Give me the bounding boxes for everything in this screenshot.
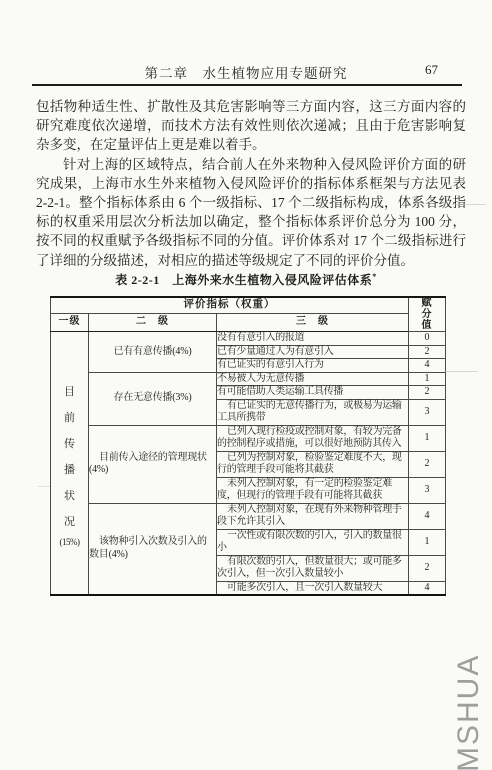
caption-note-mark: * [372, 272, 377, 281]
paragraph-intro: 针对上海的区域特点，结合前人在外来物种入侵风险评价方面的研究成果，上海市水生外来… [36, 155, 466, 270]
table-caption-text: 表 2-2-1 上海外来水生植物入侵风险评估体系 [115, 273, 372, 287]
level1-vertical-label: 目前传播状况(15%) [51, 379, 88, 548]
level2-cell: 已有有意传播(4%) [89, 332, 217, 373]
score-cell: 1 [409, 529, 446, 555]
score-cell: 3 [409, 399, 446, 425]
watermark-text: MSHUA [452, 654, 486, 770]
table-row: 目前传入途径的管理现状(4%)已列入现行检疫或控制对象，有较为完备的控制程序或措… [51, 425, 446, 451]
score-cell: 4 [409, 359, 446, 373]
score-cell: 4 [409, 581, 446, 595]
level3-cell: 已列入现行检疫或控制对象，有较为完备的控制程序或措施，可以很好地预防其传入 [217, 425, 409, 451]
header-score: 赋分值 [409, 297, 446, 332]
level3-cell: 有已证实的有意引入行为 [217, 359, 409, 373]
scan-artifact [38, 486, 50, 487]
score-cell: 3 [409, 477, 446, 503]
level2-cell: 存在无意传播(3%) [89, 372, 217, 425]
paragraph-continuation: 包括物种适生性、扩散性及其危害影响等三方面内容，这三方面内容的研究难度依次递增，… [36, 97, 466, 155]
level1-cell: 目前传播状况(15%) [51, 332, 89, 596]
scan-artifact [445, 371, 478, 372]
header-indicators: 评价指标（权重） [51, 297, 409, 314]
level2-cell: 该物种引入次数及引入的数目(4%) [89, 503, 217, 595]
table-caption: 表 2-2-1 上海外来水生植物入侵风险评估体系* [0, 271, 492, 288]
level3-cell: 有已证实的无意传播行为，或极易为运输工具所携带 [217, 399, 409, 425]
level3-cell: 未列入控制对象，在现有外来物种管理手段下允许其引入 [217, 503, 409, 529]
header-level3: 三 级 [217, 314, 409, 332]
table-row: 目前传播状况(15%)已有有意传播(4%)没有有意引入的报道0 [51, 332, 446, 346]
level3-cell: 没有有意引入的报道 [217, 332, 409, 346]
header-rule [32, 84, 462, 86]
score-cell: 2 [409, 451, 446, 477]
scan-artifact [452, 204, 486, 205]
score-cell: 2 [409, 345, 446, 359]
table-header-row-2: 一级 二 级 三 级 [51, 314, 446, 332]
header-level1: 一级 [51, 314, 89, 332]
assessment-table: 评价指标（权重） 赋分值 一级 二 级 三 级 目前传播状况(15%)已有有意传… [50, 296, 446, 596]
score-cell: 1 [409, 372, 446, 386]
table-header-row-1: 评价指标（权重） 赋分值 [51, 297, 446, 314]
running-header: 第二章 水生植物应用专题研究 67 [0, 62, 492, 80]
level3-cell: 可能多次引入，且一次引入数量较大 [217, 581, 409, 595]
body-text: 包括物种适生性、扩散性及其危害影响等三方面内容，这三方面内容的研究难度依次递增，… [36, 97, 466, 270]
level3-cell: 有可能借助人类运输工具传播 [217, 386, 409, 400]
assessment-table-wrap: 评价指标（权重） 赋分值 一级 二 级 三 级 目前传播状况(15%)已有有意传… [50, 296, 445, 596]
score-cell: 2 [409, 555, 446, 581]
table-row: 存在无意传播(3%)不易被人为无意传播1 [51, 372, 446, 386]
level3-cell: 有限次数的引入，但数量很大；或可能多次引入，但一次引入数量较小 [217, 555, 409, 581]
assessment-table-body: 目前传播状况(15%)已有有意传播(4%)没有有意引入的报道0已有少量通过人为有… [51, 332, 446, 596]
chapter-title: 第二章 水生植物应用专题研究 [0, 62, 492, 82]
level3-cell: 不易被人为无意传播 [217, 372, 409, 386]
level2-cell: 目前传入途径的管理现状(4%) [89, 425, 217, 503]
score-cell: 0 [409, 332, 446, 346]
header-level2: 二 级 [89, 314, 217, 332]
score-cell: 2 [409, 386, 446, 400]
header-score-text: 赋分值 [421, 298, 433, 331]
level3-cell: 未列入控制对象，有一定的检验鉴定难度，但现行的管理手段有可能将其截获 [217, 477, 409, 503]
score-cell: 4 [409, 503, 446, 529]
level1-weight: (15%) [60, 536, 80, 548]
page-number: 67 [425, 62, 438, 78]
level3-cell: 已列为控制对象，检验鉴定难度不大，现行的管理手段可能将其截获 [217, 451, 409, 477]
table-row: 该物种引入次数及引入的数目(4%)未列入控制对象，在现有外来物种管理手段下允许其… [51, 503, 446, 529]
level3-cell: 一次性或有限次数的引入，引入的数量很小 [217, 529, 409, 555]
score-cell: 1 [409, 425, 446, 451]
level3-cell: 已有少量通过人为有意引入 [217, 345, 409, 359]
scanned-book-page: 第二章 水生植物应用专题研究 67 包括物种适生性、扩散性及其危害影响等三方面内… [0, 0, 492, 770]
